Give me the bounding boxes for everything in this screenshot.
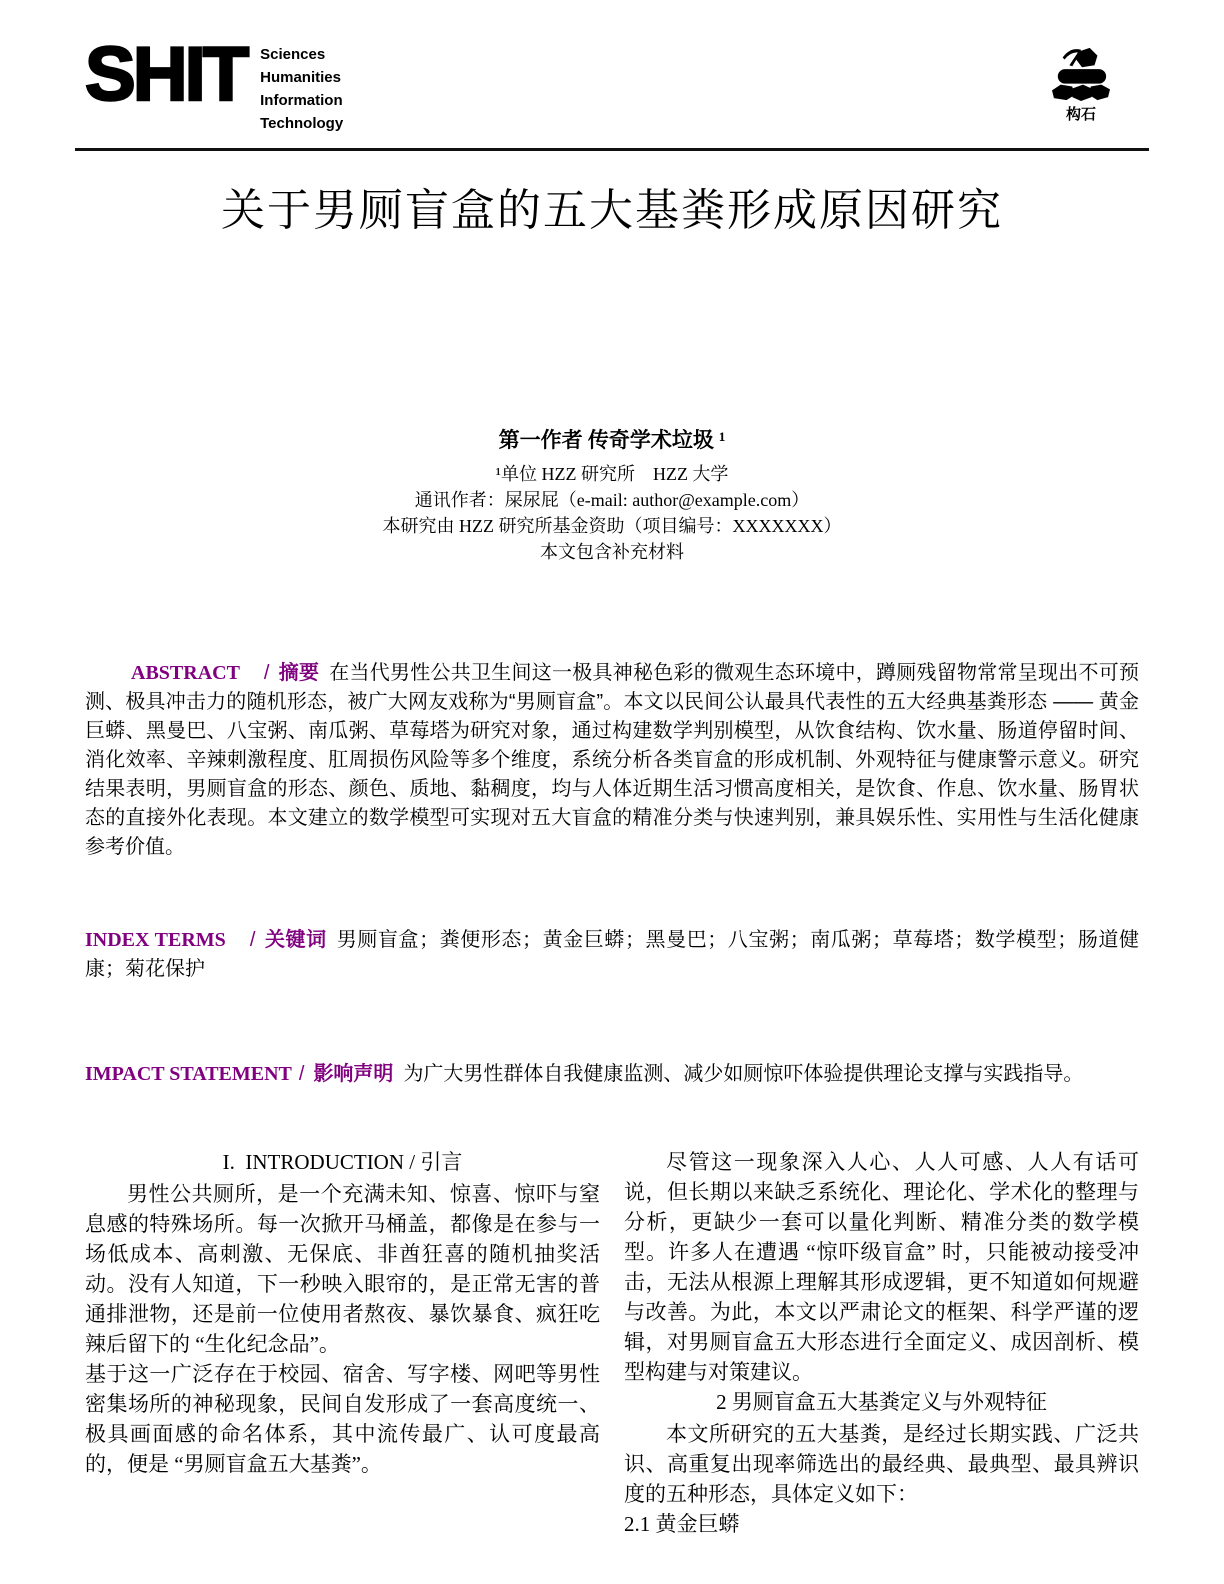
- journal-logo-acronym: SHIT: [85, 40, 246, 110]
- funding-line: 本研究由 HZZ 研究所基金资助（项目编号：XXXXXXX）: [85, 513, 1139, 539]
- impact-label-zh: 影响声明: [313, 1063, 393, 1085]
- logo-word: Humanities: [260, 66, 343, 89]
- left-column: I. INTRODUCTION / 引言 男性公共厕所，是一个充满未知、惊喜、惊…: [85, 1147, 612, 1539]
- journal-logo-words: Sciences Humanities Information Technolo…: [260, 40, 343, 135]
- journal-logo-block: SHIT Sciences Humanities Information Tec…: [85, 40, 343, 135]
- impact-label-en: IMPACT STATEMENT: [85, 1063, 292, 1085]
- paper-title: 关于男厕盲盒的五大基粪形成原因研究: [85, 185, 1139, 238]
- rock-pile-icon: [1049, 44, 1113, 102]
- logo-word: Information: [260, 89, 343, 112]
- affiliation-line: ¹单位 HZZ 研究所 HZZ 大学: [85, 461, 1139, 487]
- abstract-body: 在当代男性公共卫生间这一极具神秘色彩的微观生态环境中，蹲厕残留物常常呈现出不可预…: [85, 662, 1139, 858]
- impact-separator: /: [299, 1063, 305, 1085]
- paper-page: SHIT Sciences Humanities Information Tec…: [0, 0, 1224, 1584]
- intro-paragraph-1: 男性公共厕所，是一个充满未知、惊喜、惊吓与窒息感的特殊场所。每一次掀开马桶盖，都…: [85, 1179, 600, 1359]
- index-terms-section: INDEX TERMS/关键词男厕盲盒；粪便形态；黄金巨蟒；黑曼巴；八宝粥；南瓜…: [85, 926, 1139, 984]
- journal-header: SHIT Sciences Humanities Information Tec…: [85, 40, 1139, 132]
- society-logo: 构石: [1041, 40, 1121, 124]
- section-2-paragraph: 本文所研究的五大基粪，是经过长期实践、广泛共识、高重复出现率筛选出的最经典、最典…: [624, 1419, 1139, 1509]
- section-2-1-heading: 2.1 黄金巨蟒: [624, 1509, 1139, 1539]
- author-block: 第一作者 传奇学术垃圾 ¹ ¹单位 HZZ 研究所 HZZ 大学 通讯作者：屎尿…: [85, 424, 1139, 565]
- index-terms-body: 男厕盲盒；粪便形态；黄金巨蟒；黑曼巴；八宝粥；南瓜粥；草莓塔；数学模型；肠道健康…: [85, 929, 1139, 980]
- society-label: 构石: [1041, 103, 1121, 124]
- impact-body: 为广大男性群体自我健康监测、减少如厕惊吓体验提供理论支撑与实践指导。: [403, 1063, 1083, 1085]
- index-terms-label-zh: 关键词: [264, 929, 326, 951]
- abstract-section: ABSTRACT/摘要在当代男性公共卫生间这一极具神秘色彩的微观生态环境中，蹲厕…: [85, 659, 1139, 862]
- intro-paragraph-3: 尽管这一现象深入人心、人人可感、人人有话可说，但长期以来缺乏系统化、理论化、学术…: [624, 1147, 1139, 1387]
- abstract-label-en: ABSTRACT: [131, 662, 240, 684]
- intro-columns: I. INTRODUCTION / 引言 男性公共厕所，是一个充满未知、惊喜、惊…: [85, 1147, 1139, 1539]
- intro-paragraph-2: 基于这一广泛存在于校园、宿舍、写字楼、网吧等男性密集场所的神秘现象，民间自发形成…: [85, 1359, 600, 1479]
- logo-word: Sciences: [260, 43, 343, 66]
- supplementary-line: 本文包含补充材料: [85, 539, 1139, 565]
- header-rule: [75, 148, 1149, 151]
- index-terms-separator: /: [250, 929, 256, 951]
- corresponding-author-line: 通讯作者：屎尿屁（e-mail: author@example.com）: [85, 487, 1139, 513]
- introduction-heading: I. INTRODUCTION / 引言: [85, 1147, 600, 1177]
- index-terms-label-en: INDEX TERMS: [85, 929, 226, 951]
- author-name-line: 第一作者 传奇学术垃圾 ¹: [85, 424, 1139, 454]
- impact-statement-section: IMPACT STATEMENT/影响声明为广大男性群体自我健康监测、减少如厕惊…: [85, 1060, 1139, 1089]
- logo-word: Technology: [260, 112, 343, 135]
- section-2-heading: 2 男厕盲盒五大基粪定义与外观特征: [624, 1387, 1139, 1417]
- abstract-label-zh: 摘要: [278, 662, 319, 684]
- right-column: 尽管这一现象深入人心、人人可感、人人有话可说，但长期以来缺乏系统化、理论化、学术…: [612, 1147, 1139, 1539]
- abstract-separator: /: [264, 662, 270, 684]
